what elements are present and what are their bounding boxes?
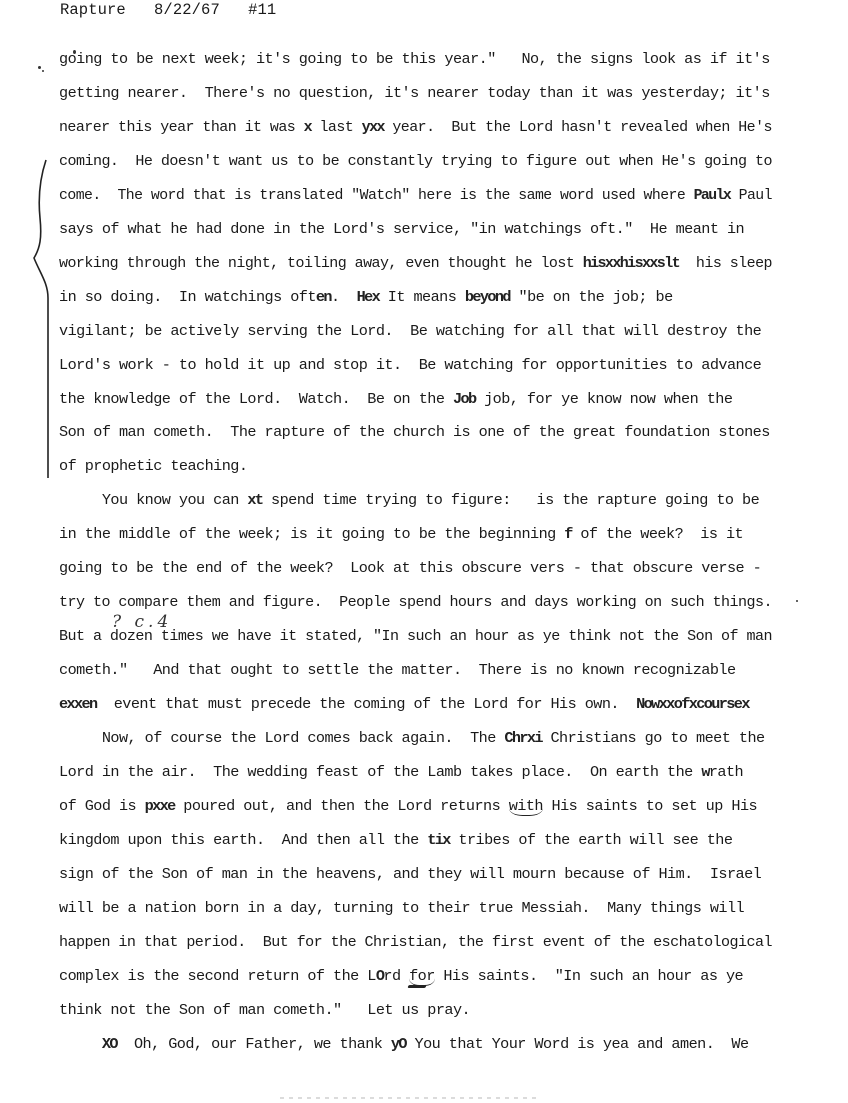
struck-out-text: Job	[453, 390, 476, 408]
line-text: going to be next week; it's going to be …	[59, 50, 770, 68]
line-text: in the middle of the week; is it going t…	[59, 525, 564, 543]
line-text: Now, of course the Lord comes back again…	[59, 729, 504, 747]
text-line: in the middle of the week; is it going t…	[59, 524, 743, 544]
line-text: You that Your Word is yea and amen. We	[406, 1035, 749, 1053]
text-line: nearer this year than it was x last yxx …	[59, 117, 772, 137]
line-text: year. But the Lord hasn't revealed when …	[384, 118, 772, 136]
line-text: of God is	[59, 797, 145, 815]
text-line: cometh." And that ought to settle the ma…	[59, 660, 736, 680]
line-text: cometh." And that ought to settle the ma…	[59, 661, 736, 679]
struck-out-text: tix	[427, 831, 450, 849]
line-text: Lord in the air. The wedding feast of th…	[59, 763, 701, 781]
line-text: complex is the second return of the L	[59, 967, 376, 985]
line-text: in so doing. In watchings oft	[59, 288, 316, 306]
struck-out-text: Nowxxofxcoursex	[636, 695, 749, 713]
text-line: come. The word that is translated "Watch…	[59, 185, 772, 205]
struck-out-text: en	[316, 288, 331, 306]
struck-out-text: Paulx	[694, 186, 731, 204]
struck-out-text: exxen	[59, 695, 97, 713]
line-text: event that must precede the coming of th…	[97, 695, 637, 713]
struck-out-text: Chrxi	[504, 729, 542, 747]
sermon-date: 8/22/67	[154, 1, 220, 19]
margin-bracket-icon	[12, 138, 62, 488]
struck-out-text: yxx	[362, 118, 384, 136]
ink-speck	[796, 600, 798, 602]
struck-out-text: x	[304, 118, 311, 136]
struck-out-text: pxxe	[145, 797, 175, 815]
sermon-title: Rapture	[60, 1, 126, 19]
line-text	[59, 1035, 102, 1053]
text-line: complex is the second return of the LOrd…	[59, 966, 743, 986]
text-line: Lord's work - to hold it up and stop it.…	[59, 355, 761, 375]
line-text: last	[311, 118, 362, 136]
line-text: spend time trying to figure: is the rapt…	[262, 491, 759, 509]
struck-out-text: hisxxhisxxslt	[583, 254, 679, 272]
text-line: sign of the Son of man in the heavens, a…	[59, 864, 761, 884]
line-text: poured out, and then the Lord returns	[175, 797, 509, 815]
text-line: the knowledge of the Lord. Watch. Be on …	[59, 389, 732, 409]
struck-out-text: f	[564, 525, 572, 543]
underlined-text: for	[409, 967, 435, 986]
text-line: says of what he had done in the Lord's s…	[59, 219, 744, 239]
struck-out-text: yO	[391, 1035, 406, 1053]
line-text: Oh, God, our Father, we thank	[117, 1035, 391, 1053]
sermon-number: #11	[248, 1, 276, 19]
line-text: nearer this year than it was	[59, 118, 304, 136]
underlined-text: with	[509, 797, 543, 816]
text-line: coming. He doesn't want us to be constan…	[59, 151, 772, 171]
text-line: vigilant; be actively serving the Lord. …	[59, 321, 761, 341]
handwritten-arrow-mark	[407, 985, 426, 988]
line-text: of the week? is it	[572, 525, 743, 543]
text-line: think not the Son of man cometh." Let us…	[59, 1000, 470, 1020]
ink-speck	[42, 70, 44, 72]
text-line: getting nearer. There's no question, it'…	[59, 83, 770, 103]
text-line: will be a nation born in a day, turning …	[59, 898, 744, 918]
line-text: going to be the end of the week? Look at…	[59, 559, 761, 577]
handwritten-note: ? c.4	[112, 612, 172, 632]
line-text: rd	[383, 967, 409, 985]
struck-out-text: XO	[102, 1035, 117, 1053]
text-line: kingdom upon this earth. And then all th…	[59, 830, 732, 850]
line-text: will be a nation born in a day, turning …	[59, 899, 744, 917]
line-text: .	[331, 288, 357, 306]
line-text: Son of man cometh. The rapture of the ch…	[59, 423, 770, 441]
line-text: It means	[379, 288, 465, 306]
line-text: try to compare them and figure. People s…	[59, 593, 772, 611]
line-text: kingdom upon this earth. And then all th…	[59, 831, 427, 849]
struck-out-text: Hex	[357, 288, 380, 306]
line-text: his sleep	[679, 254, 772, 272]
text-line: Now, of course the Lord comes back again…	[59, 728, 765, 748]
text-line: going to be the end of the week? Look at…	[59, 558, 761, 578]
line-text: His saints. "In such an hour as ye	[435, 967, 743, 985]
text-line: working through the night, toiling away,…	[59, 253, 772, 273]
line-text: vigilant; be actively serving the Lord. …	[59, 322, 761, 340]
text-line: of God is pxxe poured out, and then the …	[59, 796, 757, 816]
typewritten-page: Rapture 8/22/67 #11 going to be next wee…	[0, 0, 848, 1103]
line-text: Christians go to meet the	[542, 729, 765, 747]
line-text: Paul	[730, 186, 772, 204]
line-text: job, for ye know now when the	[476, 390, 733, 408]
line-text: You know you can	[59, 491, 247, 509]
text-line: exxen event that must precede the coming…	[59, 694, 749, 714]
text-line: You know you can xt spend time trying to…	[59, 490, 759, 510]
line-text: working through the night, toiling away,…	[59, 254, 583, 272]
line-text: His saints to set up His	[543, 797, 757, 815]
struck-out-text: beyond	[465, 288, 510, 306]
line-text: come. The word that is translated "Watch…	[59, 186, 694, 204]
text-line: Lord in the air. The wedding feast of th…	[59, 762, 743, 782]
line-text: think not the Son of man cometh." Let us…	[59, 1001, 470, 1019]
line-text: says of what he had done in the Lord's s…	[59, 220, 744, 238]
text-line: in so doing. In watchings often. Hex It …	[59, 287, 673, 307]
line-text: sign of the Son of man in the heavens, a…	[59, 865, 761, 883]
page-header: Rapture 8/22/67 #11	[60, 0, 276, 20]
line-text: rath	[709, 763, 743, 781]
line-text: "be on the job; be	[510, 288, 673, 306]
ink-mark	[73, 50, 76, 54]
line-text: of prophetic teaching.	[59, 457, 247, 475]
text-line: going to be next week; it's going to be …	[59, 49, 770, 69]
struck-out-text: w	[701, 763, 709, 781]
text-line: happen in that period. But for the Chris…	[59, 932, 772, 952]
text-line: of prophetic teaching.	[59, 456, 247, 476]
text-line: Son of man cometh. The rapture of the ch…	[59, 422, 770, 442]
line-text: tribes of the earth will see the	[450, 831, 733, 849]
struck-out-text: xt	[247, 491, 262, 509]
text-line: XO Oh, God, our Father, we thank yO You …	[59, 1034, 749, 1054]
line-text: the knowledge of the Lord. Watch. Be on …	[59, 390, 453, 408]
text-line: try to compare them and figure. People s…	[59, 592, 772, 612]
ink-speck	[38, 66, 41, 69]
line-text: Lord's work - to hold it up and stop it.…	[59, 356, 761, 374]
line-text: coming. He doesn't want us to be constan…	[59, 152, 772, 170]
scan-noise	[280, 1097, 540, 1099]
line-text: happen in that period. But for the Chris…	[59, 933, 772, 951]
line-text: getting nearer. There's no question, it'…	[59, 84, 770, 102]
